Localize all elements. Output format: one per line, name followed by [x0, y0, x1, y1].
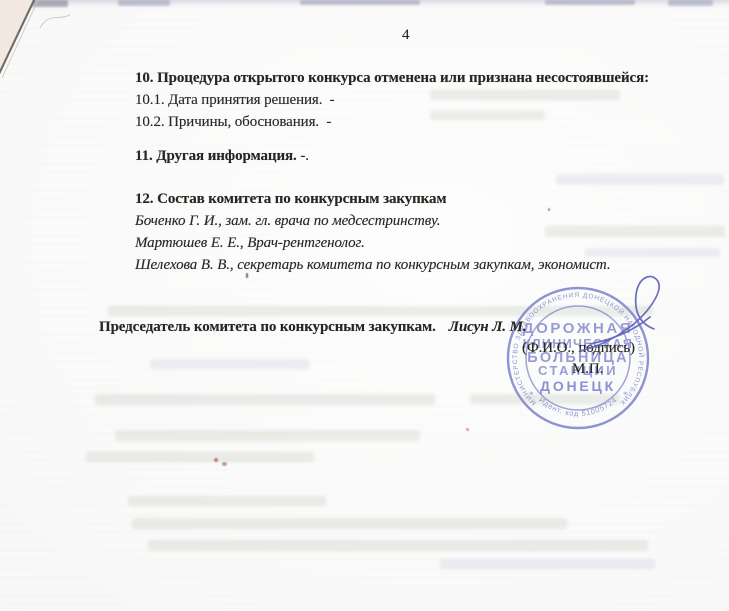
- bleed-through-artifact: [440, 559, 655, 569]
- committee-member: Мартюшев Е. Е., Врач-рентгенолог.: [135, 235, 365, 252]
- ink-speck: [548, 208, 550, 211]
- bleed-through-artifact: [148, 540, 648, 551]
- pencil-squiggle: [40, 6, 70, 28]
- ink-speck: [466, 428, 469, 431]
- page-corner-fold: [0, 0, 70, 110]
- chairman-name: Лисун Л. М.: [449, 319, 527, 335]
- scan-edge-blot: [668, 0, 713, 6]
- handwritten-signature: [540, 255, 710, 375]
- bleed-through-artifact: [86, 452, 314, 462]
- bleed-through-artifact: [556, 174, 724, 185]
- section-10-item-1: 10.1. Дата принятия решения. -: [135, 92, 335, 109]
- section-11-heading: 11. Другая информация.: [135, 148, 297, 164]
- section-11-value: -.: [297, 148, 309, 164]
- chairman-signature-line: Председатель комитета по конкурсным заку…: [99, 319, 526, 336]
- scan-edge-blot: [545, 0, 635, 5]
- section-10-item-2: 10.2. Причины, обоснования. -: [135, 114, 331, 131]
- scan-edge-blot: [118, 0, 170, 6]
- bleed-through-artifact: [430, 111, 545, 120]
- scan-edge-blot: [300, 0, 420, 5]
- bleed-through-artifact: [95, 394, 435, 405]
- ink-speck: [222, 462, 227, 466]
- bleed-through-artifact: [150, 359, 310, 369]
- ink-speck: [214, 458, 218, 462]
- bleed-through-artifact: [128, 496, 326, 506]
- bleed-through-artifact: [545, 226, 725, 237]
- stamp-bottom-arc-text: Идент. код 51005724: [537, 395, 619, 418]
- scanned-document-page: 4 10. Процедура открытого конкурса отмен…: [0, 0, 729, 611]
- stamp-separator-right: *: [623, 390, 628, 400]
- signature-strokes: [580, 276, 659, 351]
- section-11-line: 11. Другая информация. -.: [135, 148, 309, 165]
- bleed-through-artifact: [132, 518, 567, 529]
- stamp-separator-left: *: [529, 390, 534, 400]
- svg-text:ДОНЕЦК: ДОНЕЦК: [540, 378, 616, 394]
- bleed-through-artifact: [115, 430, 420, 441]
- page-number: 4: [402, 27, 409, 44]
- bleed-through-artifact: [430, 90, 620, 100]
- committee-member: Боченко Г. И., зам. гл. врача по медсест…: [135, 213, 440, 230]
- section-12-heading: 12. Состав комитета по конкурсным закупк…: [135, 191, 447, 208]
- section-10-heading: 10. Процедура открытого конкурса отменен…: [135, 70, 649, 87]
- chairman-role-label: Председатель комитета по конкурсным заку…: [99, 319, 436, 335]
